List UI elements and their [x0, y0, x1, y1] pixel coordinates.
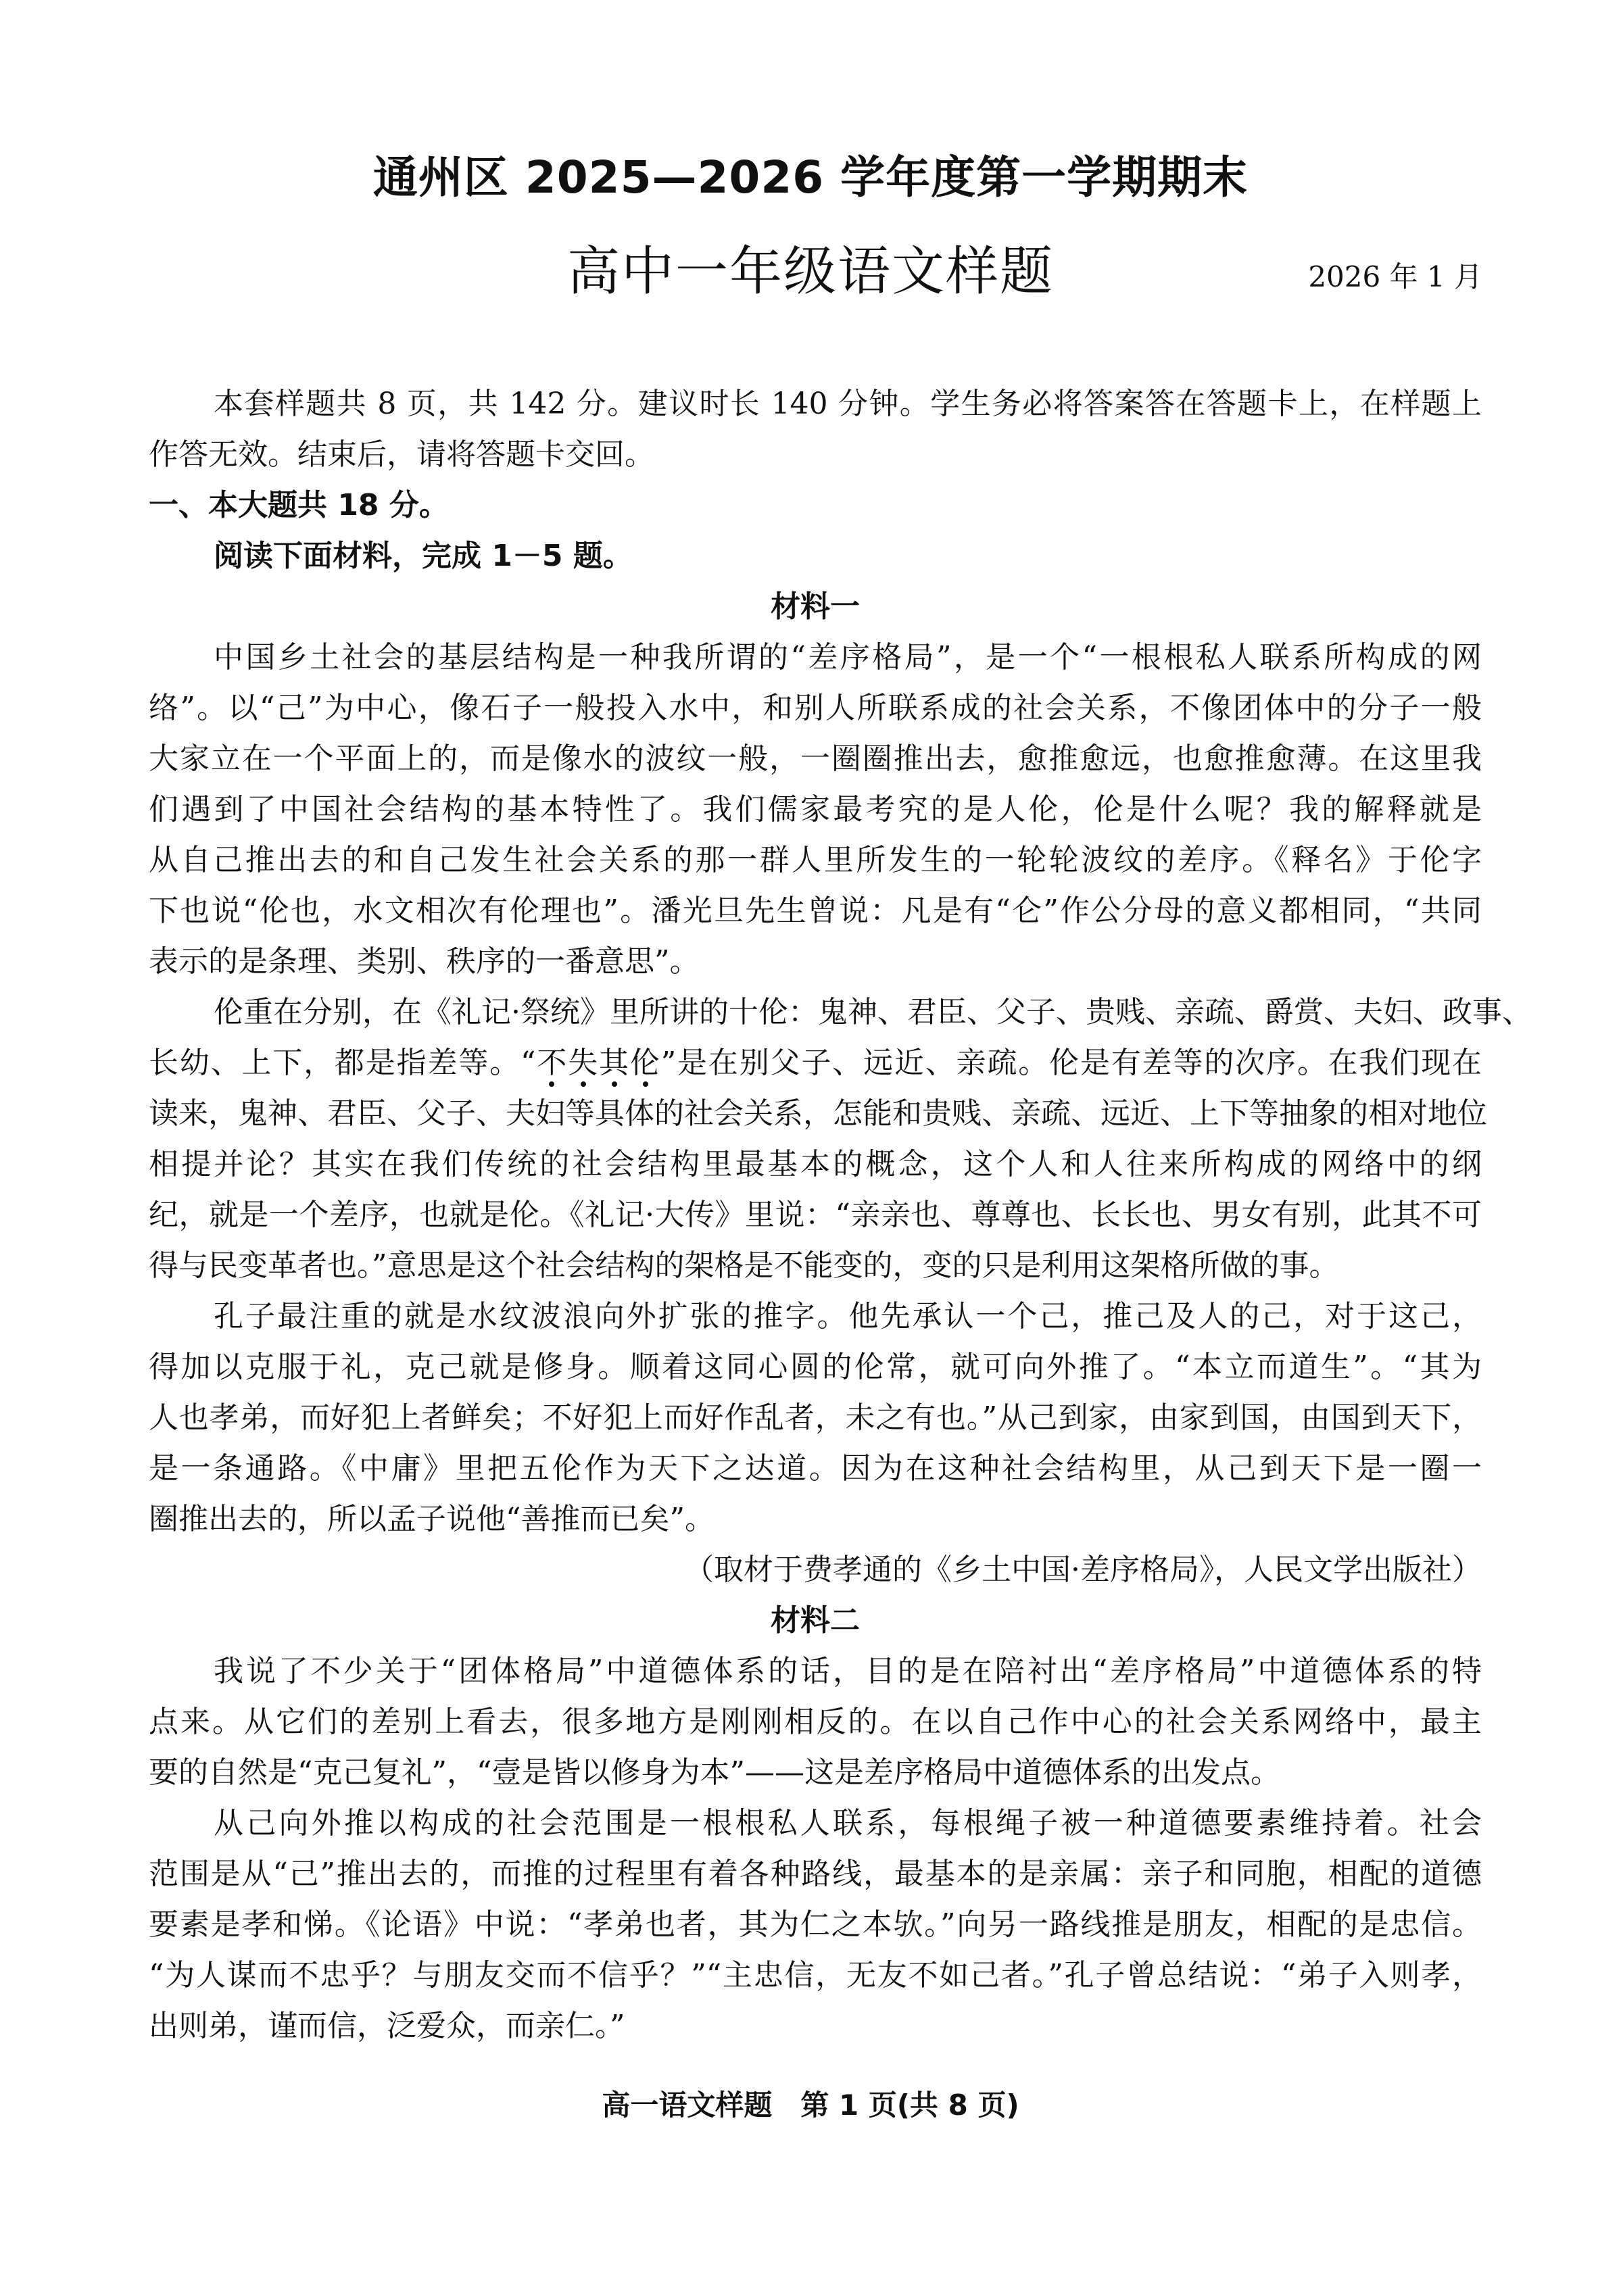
- paragraph-line: 大家立在一个平面上的，而是像水的波纹一般，一圈圈推出去，愈推愈远，也愈推愈薄。在…: [149, 733, 1482, 784]
- paragraph-line: 络”。以“己”为中心，像石子一般投入水中，和别人所联系成的社会关系，不像团体中的…: [149, 683, 1482, 733]
- paragraph-line: “为人谋而不忠乎？与朋友交而不信乎？”“主忠信，无友不如己者。”孔子曾总结说：“…: [149, 1950, 1482, 2001]
- paragraph-line: 伦重在分别，在《礼记·祭统》里所讲的十伦：鬼神、君臣、父子、贵贱、亲疏、爵赏、夫…: [149, 987, 1482, 1037]
- paragraph-line: 相提并论？其实在我们传统的社会结构里最基本的概念，这个人和人往来所构成的网络中的…: [149, 1139, 1482, 1190]
- paragraph-line: 出则弟，谨而信，泛爱众，而亲仁。”: [149, 2001, 1482, 2051]
- material-source: （取材于费孝通的《乡土中国·差序格局》，人民文学出版社）: [149, 1544, 1482, 1595]
- material-heading: 材料一: [149, 581, 1482, 632]
- paragraph-line: 读来，鬼神、君臣、父子、夫妇等具体的社会关系，怎能和贵贱、亲疏、远近、上下等抽象…: [149, 1088, 1482, 1139]
- paragraph-line: 要素是孝和悌。《论语》中说：“孝弟也者，其为仁之本欤。”向另一路线推是朋友，相配…: [149, 1899, 1482, 1950]
- instructions-line: 作答无效。结束后，请将答题卡交回。: [149, 429, 1482, 480]
- paragraph-line: 我说了不少关于“团体格局”中道德体系的话，目的是在陪衬出“差序格局”中道德体系的…: [149, 1646, 1482, 1696]
- emphasized-char: 不: [536, 1046, 568, 1080]
- emphasized-char: 失: [568, 1046, 599, 1080]
- paragraph-line: 要的自然是“克己复礼”，“壹是皆以修身为本”——这是差序格局中道德体系的出发点。: [149, 1747, 1482, 1798]
- paragraph-line: 下也说“伦也，水文相次有伦理也”。潘光旦先生曾说：凡是有“仑”作公分母的意义都相…: [149, 885, 1482, 936]
- paragraph-line: 人也孝弟，而好犯上者鲜矣；不好犯上而好作乱者，未之有也。”从己到家，由家到国，由…: [149, 1392, 1482, 1443]
- paragraph-line-emphasis: 长幼、上下，都是指差等。“不失其伦”是在别父子、远近、亲疏。伦是有差等的次序。在…: [149, 1037, 1482, 1088]
- paragraph-line: 们遇到了中国社会结构的基本特性了。我们儒家最考究的是人伦，伦是什么呢？我的解释就…: [149, 784, 1482, 835]
- paragraph-line: 圈推出去的，所以孟子说他“善推而已矣”。: [149, 1494, 1482, 1544]
- paragraph-line: 得加以克服于礼，克己就是修身。顺着这同心圆的伦常，就可向外推了。“本立而道生”。…: [149, 1342, 1482, 1392]
- paragraph-line: 表示的是条理、类别、秩序的一番意思”。: [149, 936, 1482, 987]
- paragraph-line: 中国乡土社会的基层结构是一种我所谓的“差序格局”，是一个“一根根私人联系所构成的…: [149, 632, 1482, 683]
- material-heading: 材料二: [149, 1595, 1482, 1646]
- paragraph-line: 孔子最注重的就是水纹波浪向外扩张的推字。他先承认一个己，推己及人的己，对于这己，: [149, 1291, 1482, 1342]
- paragraph-line: 从己向外推以构成的社会范围是一根根私人联系，每根绳子被一种道德要素维持着。社会: [149, 1798, 1482, 1849]
- instructions: 本套样题共 8 页，共 142 分。建议时长 140 分钟。学生务必将答案答在答…: [149, 378, 1482, 480]
- paragraph-line: 得与民变革者也。”意思是这个社会结构的架格是不能变的，变的只是利用这架格所做的事…: [149, 1240, 1482, 1291]
- paragraph-line: 是一条通路。《中庸》里把五伦作为天下之达道。因为在这种社会结构里，从己到天下是一…: [149, 1443, 1482, 1494]
- section-heading: 一、本大题共 18 分。: [149, 480, 1482, 531]
- emphasized-char: 伦: [630, 1046, 661, 1080]
- paragraph-line: 点来。从它们的差别上看去，很多地方是刚刚相反的。在以自己作中心的社会关系网络中，…: [149, 1696, 1482, 1747]
- material-one: 材料一 中国乡土社会的基层结构是一种我所谓的“差序格局”，是一个“一根根私人联系…: [149, 581, 1482, 1595]
- material-two: 材料二 我说了不少关于“团体格局”中道德体系的话，目的是在陪衬出“差序格局”中道…: [149, 1595, 1482, 2051]
- line-part: 长幼、上下，都是指差等。“: [149, 1046, 536, 1080]
- section-prompt: 阅读下面材料，完成 1－5 题。: [149, 531, 1482, 581]
- exam-date: 2026 年 1 月: [1308, 257, 1482, 297]
- paragraph-line: 纪，就是一个差序，也就是伦。《礼记·大传》里说：“亲亲也、尊尊也、长长也、男女有…: [149, 1190, 1482, 1240]
- page-footer: 高一语文样题 第 1 页(共 8 页): [0, 2085, 1621, 2126]
- paragraph-line: 从自己推出去的和自己发生社会关系的那一群人里所发生的一轮轮波纹的差序。《释名》于…: [149, 835, 1482, 885]
- document-body: 本套样题共 8 页，共 142 分。建议时长 140 分钟。学生务必将答案答在答…: [149, 378, 1482, 2051]
- line-part: ”是在别父子、远近、亲疏。伦是有差等的次序。在我们现在: [661, 1046, 1482, 1080]
- instructions-line: 本套样题共 8 页，共 142 分。建议时长 140 分钟。学生务必将答案答在答…: [149, 378, 1482, 429]
- paragraph-line: 范围是从“己”推出去的，而推的过程里有着各种路线，最基本的是亲属：亲子和同胞，相…: [149, 1849, 1482, 1899]
- exam-title: 通州区 2025—2026 学年度第一学期期末: [0, 147, 1621, 208]
- emphasized-char: 其: [599, 1046, 630, 1080]
